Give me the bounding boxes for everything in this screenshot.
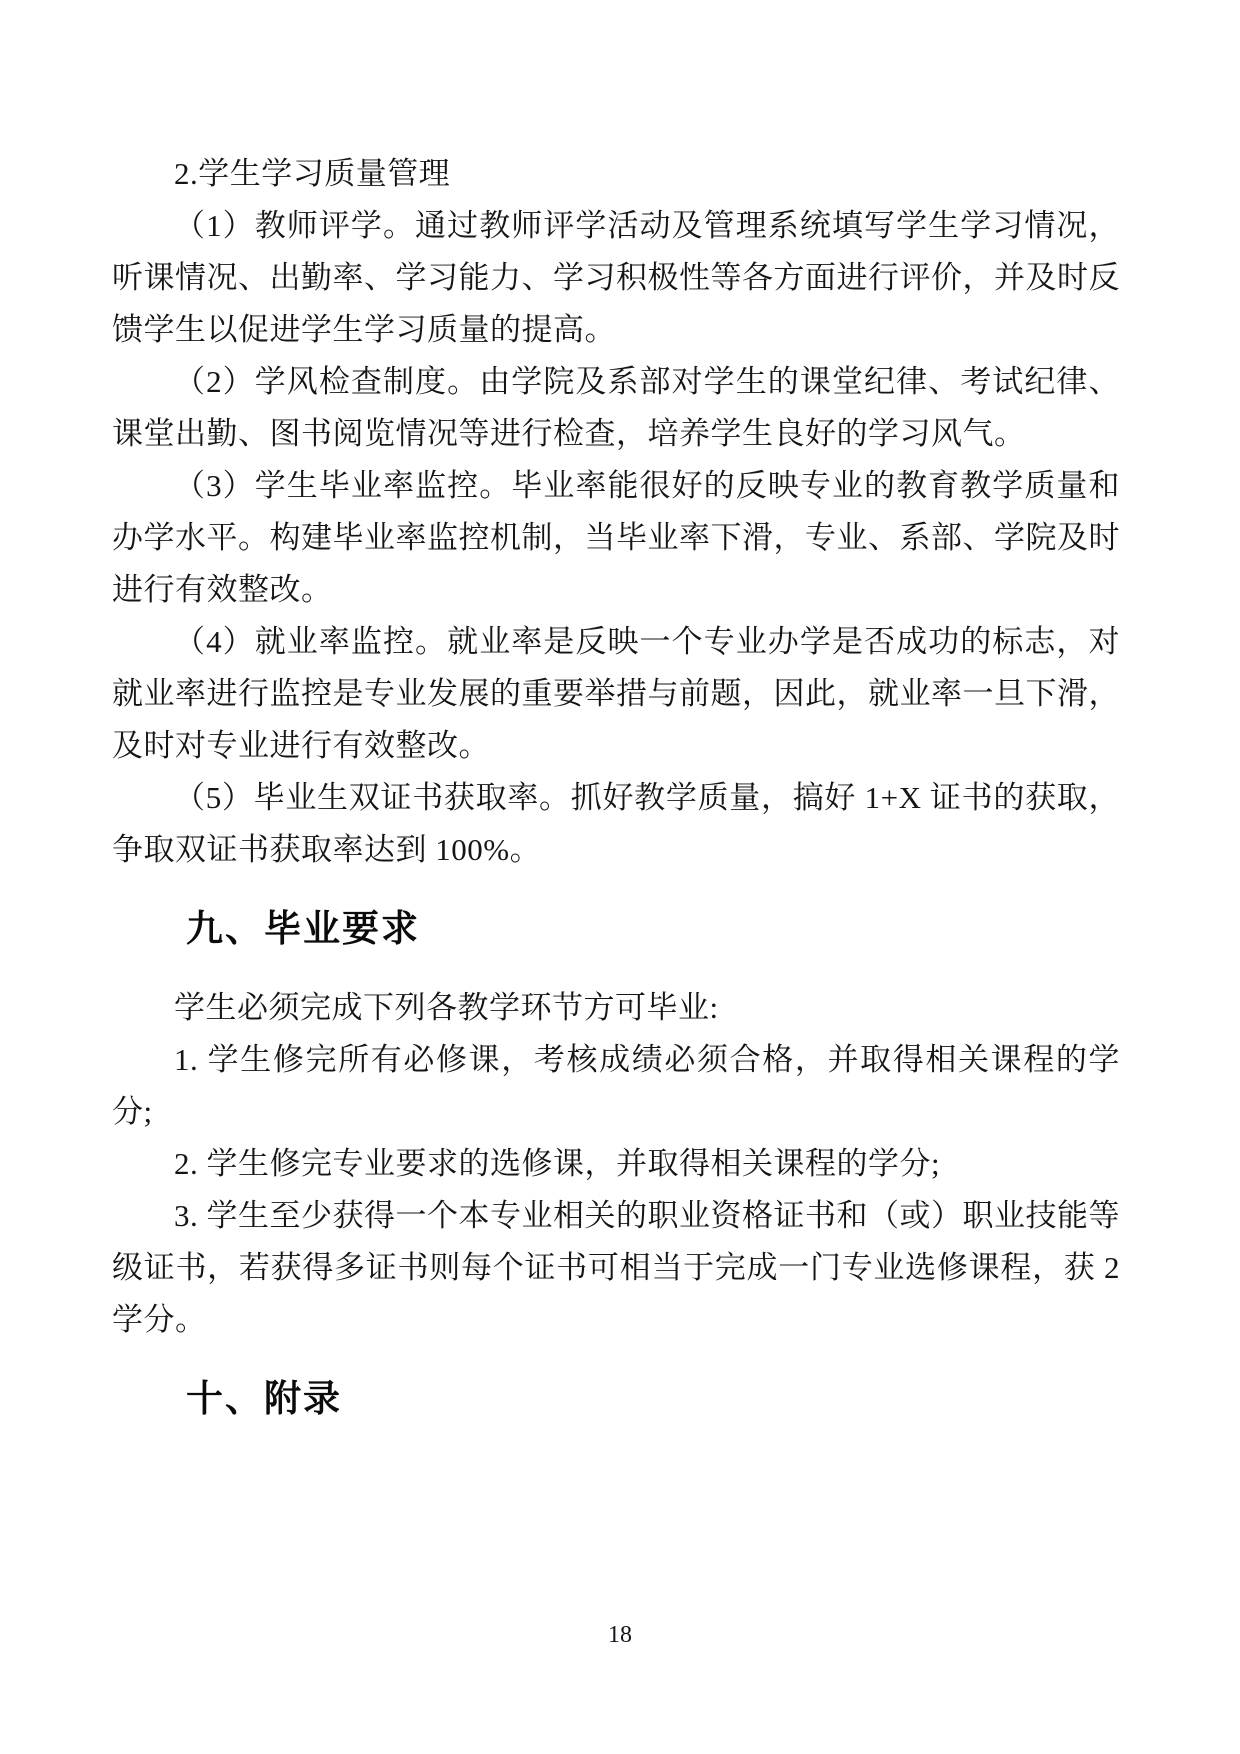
paragraph-requirement-item-3: 3. 学生至少获得一个本专业相关的职业资格证书和（或）职业技能等级证书，若获得多… [112, 1190, 1120, 1346]
paragraph-requirement-item-2: 2. 学生修完专业要求的选修课，并取得相关课程的学分; [112, 1138, 1120, 1190]
paragraph-teacher-evaluation: （1）教师评学。通过教师评学活动及管理系统填写学生学习情况，听课情况、出勤率、学… [112, 200, 1120, 356]
paragraph-dual-certificate-rate: （5）毕业生双证书获取率。抓好教学质量，搞好 1+X 证书的获取，争取双证书获取… [112, 772, 1120, 876]
paragraph-graduation-rate-monitoring: （3）学生毕业率监控。毕业率能很好的反映专业的教育教学质量和办学水平。构建毕业率… [112, 460, 1120, 616]
paragraph-requirement-item-1: 1. 学生修完所有必修课，考核成绩必须合格，并取得相关课程的学分; [112, 1034, 1120, 1138]
document-body: 2.学生学习质量管理 （1）教师评学。通过教师评学活动及管理系统填写学生学习情况… [112, 148, 1120, 1452]
page-number: 18 [0, 1620, 1240, 1650]
paragraph-employment-rate-monitoring: （4）就业率监控。就业率是反映一个专业办学是否成功的标志，对就业率进行监控是专业… [112, 616, 1120, 772]
paragraph-graduation-intro: 学生必须完成下列各教学环节方可毕业: [112, 982, 1120, 1034]
paragraph-study-style-inspection: （2）学风检查制度。由学院及系部对学生的课堂纪律、考试纪律、课堂出勤、图书阅览情… [112, 356, 1120, 460]
paragraph-student-quality-title: 2.学生学习质量管理 [112, 148, 1120, 200]
document-page: 2.学生学习质量管理 （1）教师评学。通过教师评学活动及管理系统填写学生学习情况… [0, 0, 1240, 1754]
heading-section-ten-appendix: 十、附录 [112, 1372, 1120, 1426]
heading-section-nine-graduation-requirements: 九、毕业要求 [112, 902, 1120, 956]
